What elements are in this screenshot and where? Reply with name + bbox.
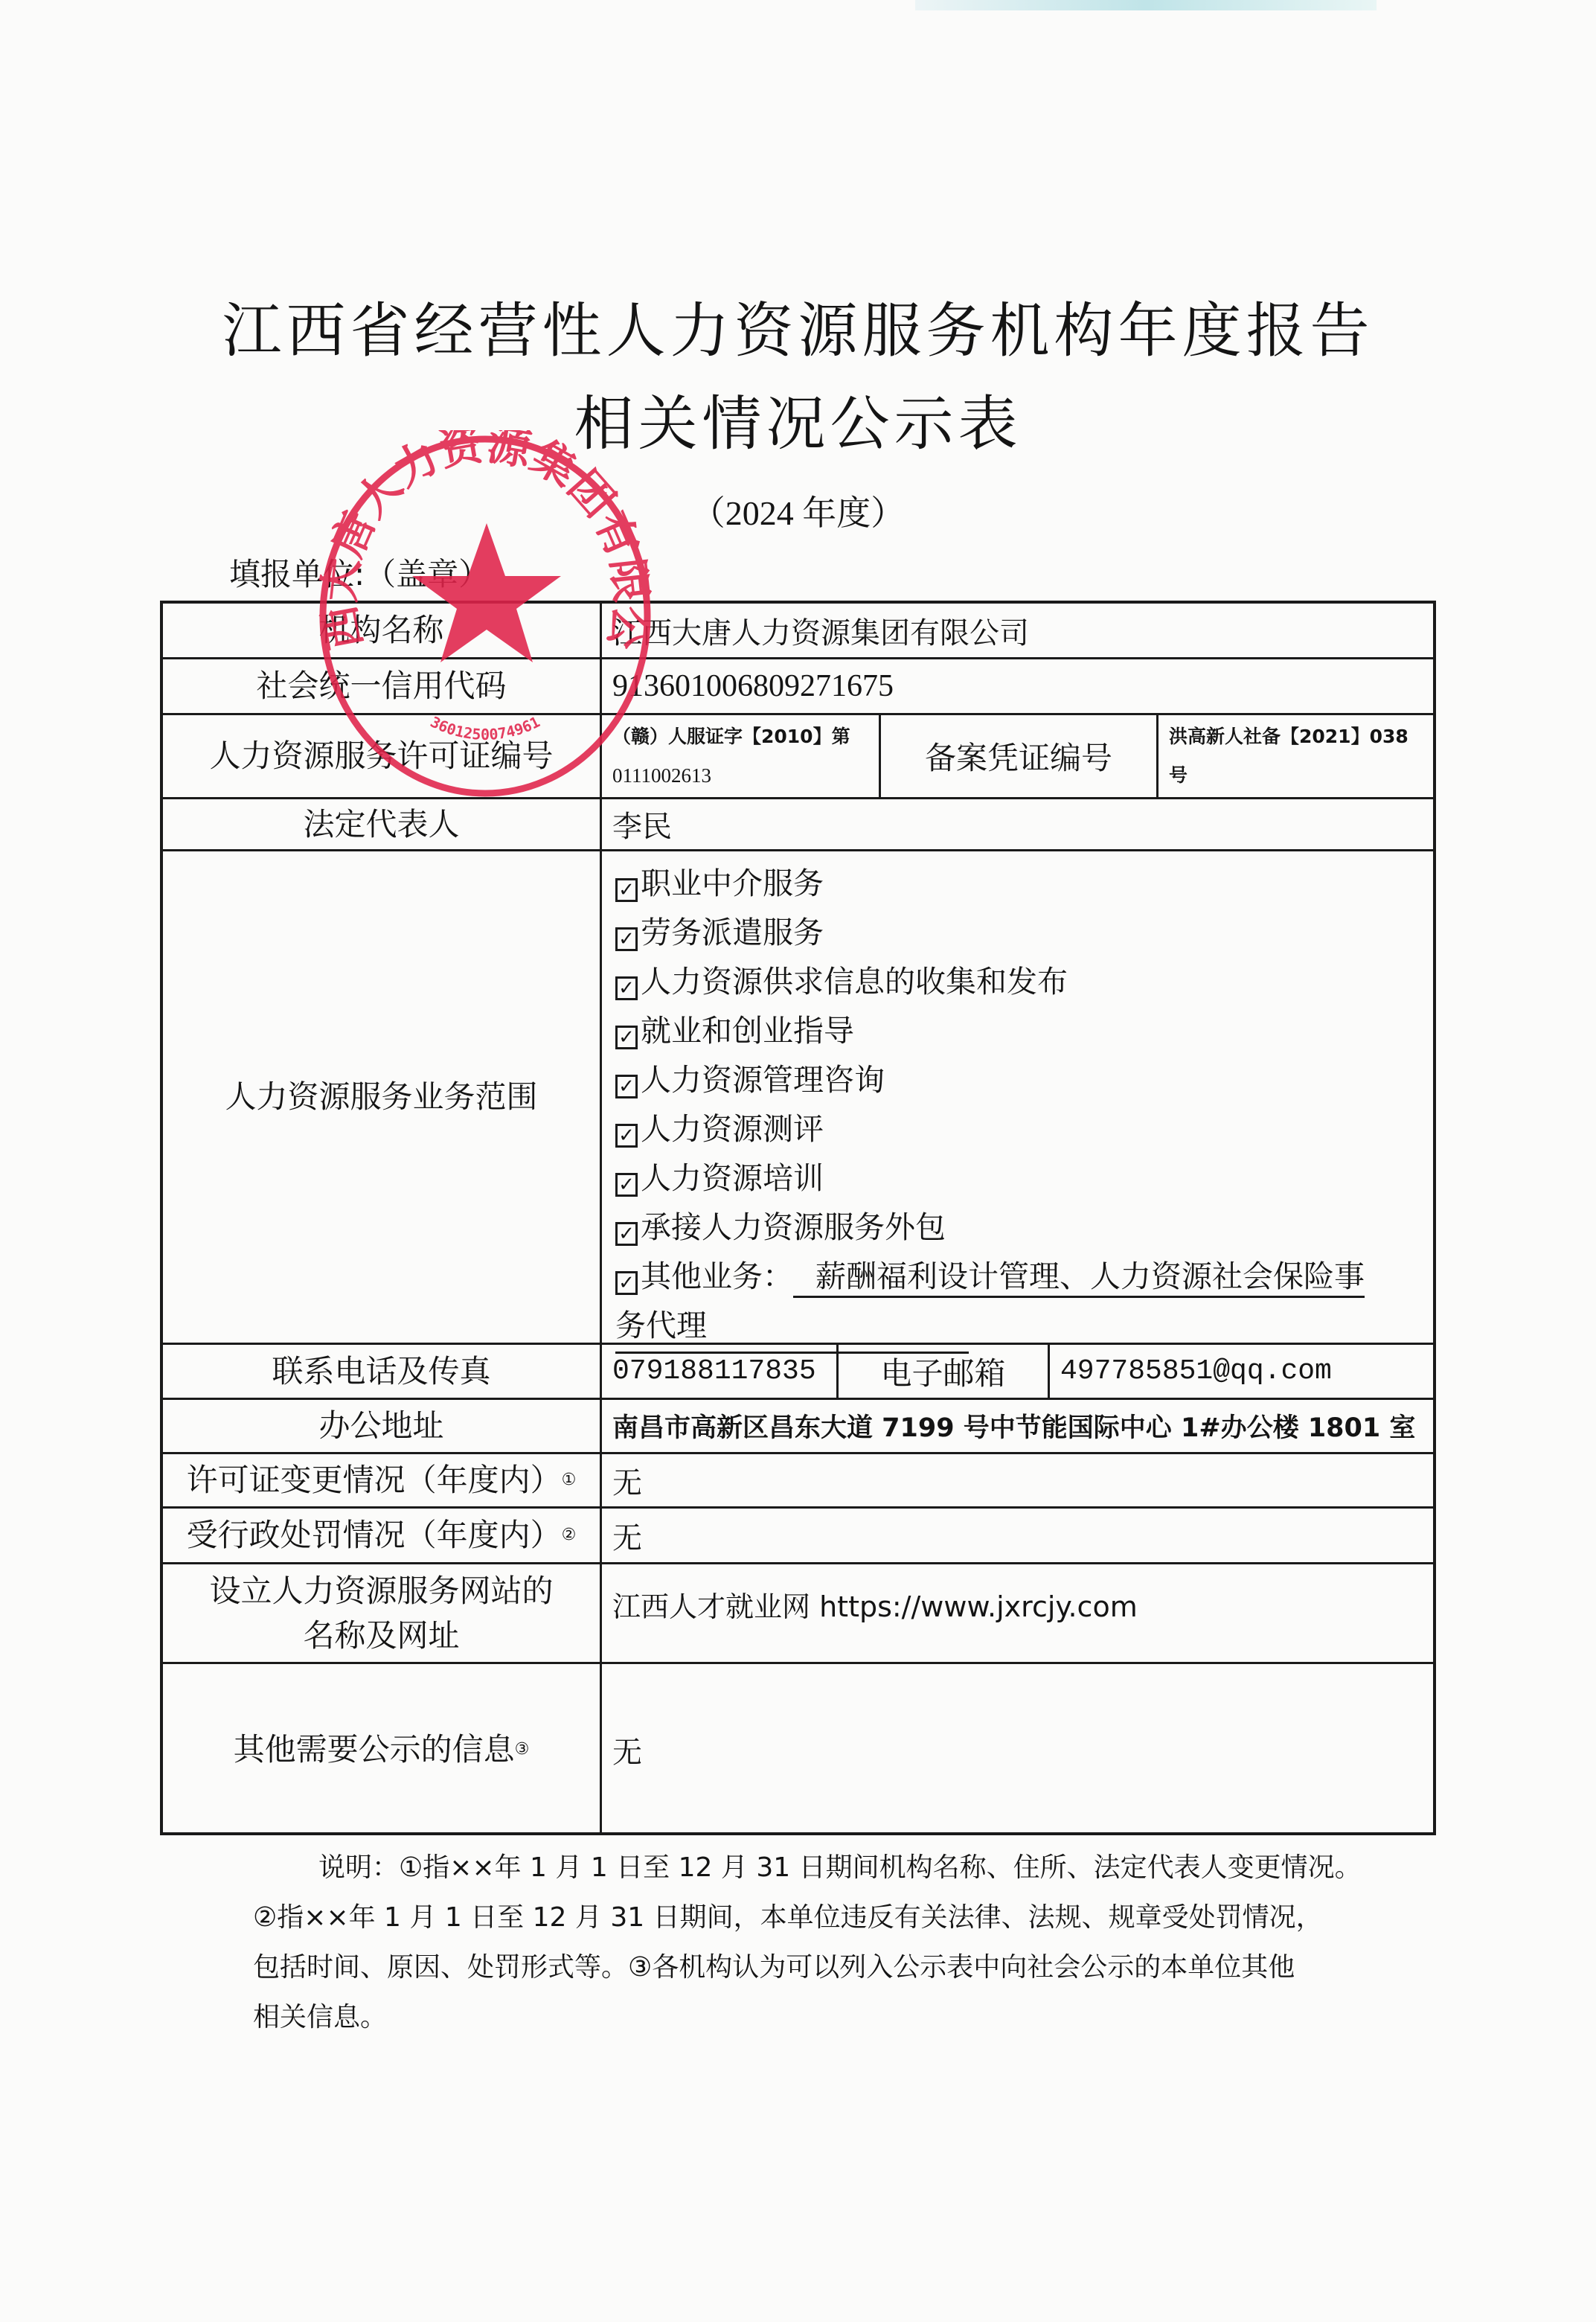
- other-business-value-line1: 薪酬福利设计管理、人力资源社会保险事: [793, 1258, 1365, 1298]
- checkbox-checked-icon[interactable]: ✓: [615, 1173, 638, 1197]
- label-text: 受行政处罚情况（年度内）: [187, 1513, 562, 1558]
- row-scope: 人力资源服务业务范围 ✓职业中介服务 ✓劳务派遣服务 ✓人力资源供求信息的收集和…: [163, 851, 1433, 1345]
- filler-label: 填报单位:（盖章）: [229, 552, 490, 597]
- checkbox-checked-icon[interactable]: ✓: [615, 1271, 638, 1295]
- label-scope: 人力资源服务业务范围: [163, 851, 602, 1343]
- label-legal-rep: 法定代表人: [163, 799, 602, 849]
- value-email: 497785851@qq.com: [1050, 1345, 1433, 1398]
- row-legal-rep: 法定代表人 李民: [163, 799, 1433, 851]
- document-title-line2: 相关情况公示表: [0, 387, 1596, 461]
- scope-item-label: 人力资源管理咨询: [641, 1062, 885, 1098]
- checkbox-checked-icon[interactable]: ✓: [615, 976, 638, 1000]
- scope-item-label: 劳务派遣服务: [641, 915, 824, 950]
- label-license: 人力资源服务许可证编号: [163, 715, 602, 797]
- label-org-name: 机构名称: [163, 604, 602, 657]
- value-legal-rep: 李民: [602, 799, 1433, 849]
- footnote-mark: ②: [562, 1513, 577, 1558]
- value-other-info: 无: [602, 1664, 1433, 1835]
- row-license: 人力资源服务许可证编号 （赣）人服证字【2010】第 0111002613 备案…: [163, 715, 1433, 799]
- scope-item-label: 人力资源培训: [641, 1160, 824, 1196]
- scope-item: ✓劳务派遣服务: [615, 908, 1433, 957]
- scope-item: ✓承接人力资源服务外包: [615, 1203, 1433, 1252]
- scope-item-other-cont: 务代理: [615, 1301, 1433, 1350]
- row-other-info: 其他需要公示的信息③ 无: [163, 1664, 1433, 1835]
- label-contact: 联系电话及传真: [163, 1345, 602, 1398]
- row-contact: 联系电话及传真 079188117835 电子邮箱 497785851@qq.c…: [163, 1345, 1433, 1400]
- value-credit-code: 913601006809271675: [602, 659, 1433, 713]
- row-credit-code: 社会统一信用代码 913601006809271675: [163, 659, 1433, 715]
- scope-item: ✓人力资源供求信息的收集和发布: [615, 957, 1433, 1006]
- checkbox-checked-icon[interactable]: ✓: [615, 1222, 638, 1246]
- note-line: 说明：①指××年 1 月 1 日至 12 月 31 日期间机构名称、住所、法定代…: [253, 1843, 1414, 1893]
- label-text: 名称及网址: [303, 1613, 459, 1658]
- scope-item-label: 人力资源测评: [641, 1111, 824, 1147]
- filing-line2: 号: [1169, 756, 1188, 795]
- value-license-change: 无: [602, 1454, 1433, 1506]
- scope-item: ✓人力资源测评: [615, 1104, 1433, 1154]
- value-phone: 079188117835: [602, 1345, 839, 1398]
- row-address: 办公地址 南昌市高新区昌东大道 7199 号中节能国际中心 1#办公楼 1801…: [163, 1400, 1433, 1454]
- row-org-name: 机构名称 江西大唐人力资源集团有限公司: [163, 604, 1433, 659]
- label-text: 许可证变更情况（年度内）: [187, 1458, 562, 1503]
- checkbox-checked-icon[interactable]: ✓: [615, 927, 638, 951]
- label-penalty: 受行政处罚情况（年度内）②: [163, 1509, 602, 1562]
- scope-item-label: 人力资源供求信息的收集和发布: [641, 964, 1068, 1000]
- note-line: 相关信息。: [253, 1992, 1414, 2042]
- checkbox-checked-icon[interactable]: ✓: [615, 878, 638, 902]
- checkbox-checked-icon[interactable]: ✓: [615, 1075, 638, 1098]
- row-license-change: 许可证变更情况（年度内）① 无: [163, 1454, 1433, 1509]
- scope-list: ✓职业中介服务 ✓劳务派遣服务 ✓人力资源供求信息的收集和发布 ✓就业和创业指导…: [602, 851, 1433, 1343]
- value-license-number: （赣）人服证字【2010】第 0111002613: [602, 715, 881, 797]
- scope-item-label: 职业中介服务: [641, 866, 824, 901]
- footnote-mark: ③: [515, 1727, 530, 1772]
- footnote-mark: ①: [562, 1458, 577, 1503]
- scope-item-other: ✓其他业务：薪酬福利设计管理、人力资源社会保险事: [615, 1252, 1433, 1301]
- scope-item-label: 就业和创业指导: [641, 1013, 854, 1049]
- label-other-info: 其他需要公示的信息③: [163, 1664, 602, 1835]
- scope-item-label: 承接人力资源服务外包: [641, 1209, 946, 1245]
- scope-item: ✓就业和创业指导: [615, 1006, 1433, 1055]
- document-title: 江西省经营性人力资源服务机构年度报告: [0, 294, 1596, 368]
- label-text: 设立人力资源服务网站的: [209, 1569, 553, 1613]
- notes: 说明：①指××年 1 月 1 日至 12 月 31 日期间机构名称、住所、法定代…: [253, 1843, 1414, 2042]
- checkbox-checked-icon[interactable]: ✓: [615, 1124, 638, 1148]
- checkbox-checked-icon[interactable]: ✓: [615, 1026, 638, 1049]
- value-website: 江西人才就业网 https://www.jxrcjy.com: [602, 1564, 1433, 1662]
- disclosure-table: 机构名称 江西大唐人力资源集团有限公司 社会统一信用代码 91360100680…: [160, 601, 1436, 1835]
- note-line: ②指××年 1 月 1 日至 12 月 31 日期间，本单位违反有关法律、法规、…: [253, 1893, 1414, 1942]
- scope-item: ✓人力资源培训: [615, 1154, 1433, 1203]
- row-penalty: 受行政处罚情况（年度内）② 无: [163, 1509, 1433, 1564]
- value-filing-number: 洪高新人社备【2021】038 号: [1158, 715, 1433, 797]
- scan-edge-artifact: [915, 0, 1377, 10]
- value-org-name: 江西大唐人力资源集团有限公司: [602, 604, 1433, 657]
- label-license-change: 许可证变更情况（年度内）①: [163, 1454, 602, 1506]
- label-address: 办公地址: [163, 1400, 602, 1452]
- label-filing-number: 备案凭证编号: [881, 715, 1158, 797]
- filing-line1: 洪高新人社备【2021】038: [1169, 717, 1408, 756]
- row-website: 设立人力资源服务网站的 名称及网址 江西人才就业网 https://www.jx…: [163, 1564, 1433, 1664]
- label-credit-code: 社会统一信用代码: [163, 659, 602, 713]
- scope-item: ✓人力资源管理咨询: [615, 1055, 1433, 1104]
- document-year: （2024 年度）: [0, 487, 1596, 540]
- scope-item: ✓职业中介服务: [615, 859, 1433, 908]
- other-business-label: 其他业务：: [641, 1258, 793, 1294]
- license-line2: 0111002613: [612, 756, 711, 795]
- note-line: 包括时间、原因、处罚形式等。③各机构认为可以列入公示表中向社会公示的本单位其他: [253, 1942, 1414, 1992]
- label-website: 设立人力资源服务网站的 名称及网址: [163, 1564, 602, 1662]
- label-email: 电子邮箱: [839, 1345, 1050, 1398]
- value-penalty: 无: [602, 1509, 1433, 1562]
- license-line1: （赣）人服证字【2010】第: [612, 717, 850, 756]
- label-text: 其他需要公示的信息: [234, 1727, 515, 1772]
- value-address: 南昌市高新区昌东大道 7199 号中节能国际中心 1#办公楼 1801 室: [602, 1400, 1433, 1452]
